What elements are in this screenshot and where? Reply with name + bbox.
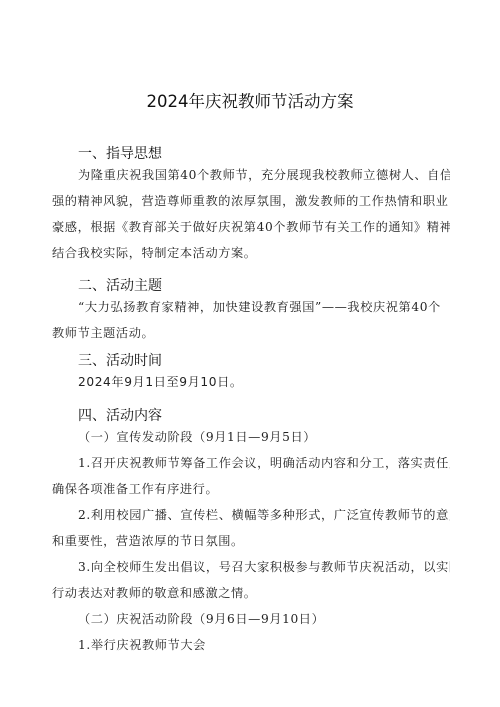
section-heading-content: 四、活动内容 (78, 405, 162, 425)
list-item-3: 3.向全校师生发出倡议，号召大家积极参与教师节庆祝活动，以实际 行动表达对教师的… (52, 554, 450, 606)
text-line: 为隆重庆祝我国第40个教师节，充分展现我校教师立德树人、自信自 (52, 162, 450, 188)
text-line: “大力弘扬教育家精神，加快建设教育强国”——我校庆祝第40个 (52, 294, 450, 320)
text-line: 确保各项准备工作有序进行。 (52, 476, 450, 502)
subsection-heading-celebration: （二）庆祝活动阶段（9月6日—9月10日） (52, 606, 450, 632)
text-line: 1.召开庆祝教师节筹备工作会议，明确活动内容和分工，落实责任人， (52, 450, 450, 476)
section-heading-theme: 二、活动主题 (78, 275, 162, 295)
subsection-heading-publicity: （一）宣传发动阶段（9月1日—9月5日） (52, 424, 450, 450)
list-item-1-celebration: 1.举行庆祝教师节大会 (52, 632, 450, 658)
paragraph-time: 2024年9月1日至9月10日。 (52, 369, 450, 395)
list-item-1: 1.召开庆祝教师节筹备工作会议，明确活动内容和分工，落实责任人， 确保各项准备工… (52, 450, 450, 502)
text-line: 行动表达对教师的敬意和感激之情。 (52, 580, 450, 606)
text-line: 强的精神风貌，营造尊师重教的浓厚氛围，激发教师的工作热情和职业自 (52, 188, 450, 214)
text-line: （二）庆祝活动阶段（9月6日—9月10日） (52, 606, 450, 632)
text-line: 教师节主题活动。 (52, 320, 450, 346)
text-line: 1.举行庆祝教师节大会 (52, 632, 450, 658)
text-line: 结合我校实际，特制定本活动方案。 (52, 240, 450, 266)
section-heading-guiding-ideology: 一、指导思想 (78, 143, 162, 163)
paragraph-guiding-ideology: 为隆重庆祝我国第40个教师节，充分展现我校教师立德树人、自信自 强的精神风貌，营… (52, 162, 450, 266)
section-heading-time: 三、活动时间 (78, 350, 162, 370)
text-line: 和重要性，营造浓厚的节日氛围。 (52, 528, 450, 554)
text-line: 2024年9月1日至9月10日。 (52, 369, 450, 395)
text-line: 3.向全校师生发出倡议，号召大家积极参与教师节庆祝活动，以实际 (52, 554, 450, 580)
document-page: 2024年庆祝教师节活动方案 一、指导思想 为隆重庆祝我国第40个教师节，充分展… (0, 0, 500, 707)
paragraph-theme: “大力弘扬教育家精神，加快建设教育强国”——我校庆祝第40个 教师节主题活动。 (52, 294, 450, 346)
text-line: 2.利用校园广播、宣传栏、横幅等多种形式，广泛宣传教师节的意义 (52, 502, 450, 528)
document-title: 2024年庆祝教师节活动方案 (0, 88, 500, 112)
list-item-2: 2.利用校园广播、宣传栏、横幅等多种形式，广泛宣传教师节的意义 和重要性，营造浓… (52, 502, 450, 554)
text-line: 豪感，根据《教育部关于做好庆祝第40个教师节有关工作的通知》精神， (52, 214, 450, 240)
text-line: （一）宣传发动阶段（9月1日—9月5日） (52, 424, 450, 450)
